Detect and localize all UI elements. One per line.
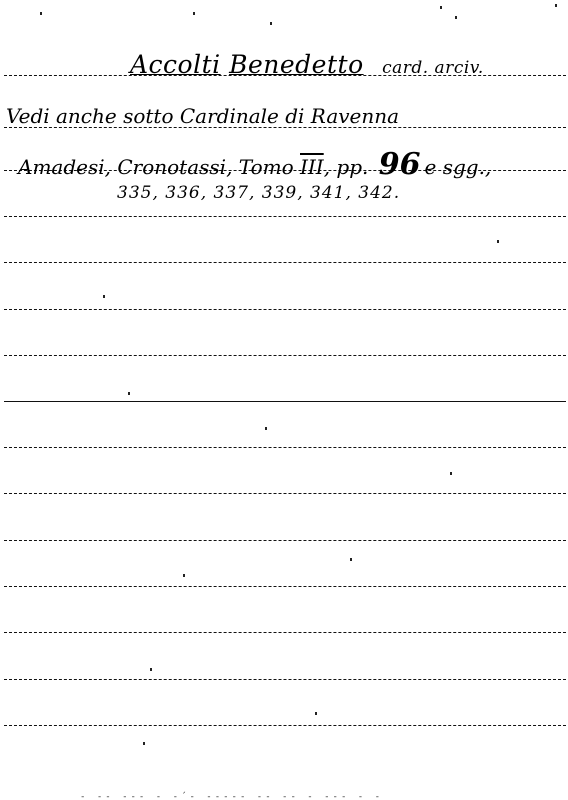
citation-author: Amadesi, [18, 155, 111, 179]
scan-speck [270, 22, 272, 25]
scan-speck [497, 240, 499, 243]
top-edge-mark [245, 0, 345, 2]
scan-speck [143, 742, 145, 745]
ruled-line [4, 586, 566, 587]
citation-volume-label: Tomo [239, 155, 294, 179]
citation-sequel: e sgg., [425, 155, 492, 179]
ruled-line [4, 447, 566, 448]
ruled-line [4, 401, 566, 402]
ruled-line [4, 355, 566, 356]
scan-speck [183, 574, 185, 577]
card-heading: Accolti Benedetto card. arciv. [130, 50, 484, 79]
scan-speck [440, 6, 442, 9]
scan-speck [128, 392, 130, 395]
ruled-line [4, 725, 566, 726]
heading-surname: Accolti [130, 50, 221, 79]
ruled-line [4, 632, 566, 633]
heading-given-name: Benedetto [229, 50, 364, 79]
bottom-edge-noise: - -- --- - -´- ----- -- -- - --- - - [80, 792, 383, 800]
scan-speck [450, 472, 452, 475]
ruled-line [4, 493, 566, 494]
citation-work: Cronotassi, [117, 155, 232, 179]
heading-qualifier: card. arciv. [382, 58, 484, 78]
scan-speck [350, 558, 352, 561]
citation-first-page: 96 [379, 147, 421, 182]
scan-speck [40, 12, 42, 15]
ruled-line [4, 309, 566, 310]
ruled-line [4, 216, 566, 217]
ruled-line [4, 262, 566, 263]
cross-reference: Vedi anche sotto Cardinale di Ravenna [6, 104, 399, 128]
scan-speck [315, 712, 317, 715]
citation-pages-label: , pp. [324, 155, 369, 179]
scan-speck [150, 668, 152, 671]
citation-line: Amadesi, Cronotassi, Tomo III, pp. 96e s… [18, 147, 491, 182]
index-card: Accolti Benedetto card. arciv. Vedi anch… [0, 0, 568, 800]
scan-speck [555, 4, 557, 7]
scan-speck [265, 427, 267, 430]
scan-speck [455, 16, 457, 19]
scan-speck [193, 12, 195, 15]
scan-speck [103, 295, 105, 298]
citation-volume: III [300, 155, 324, 179]
ruled-line [4, 679, 566, 680]
ruled-line [4, 540, 566, 541]
citation-more-pages: 335, 336, 337, 339, 341, 342. [117, 183, 400, 203]
